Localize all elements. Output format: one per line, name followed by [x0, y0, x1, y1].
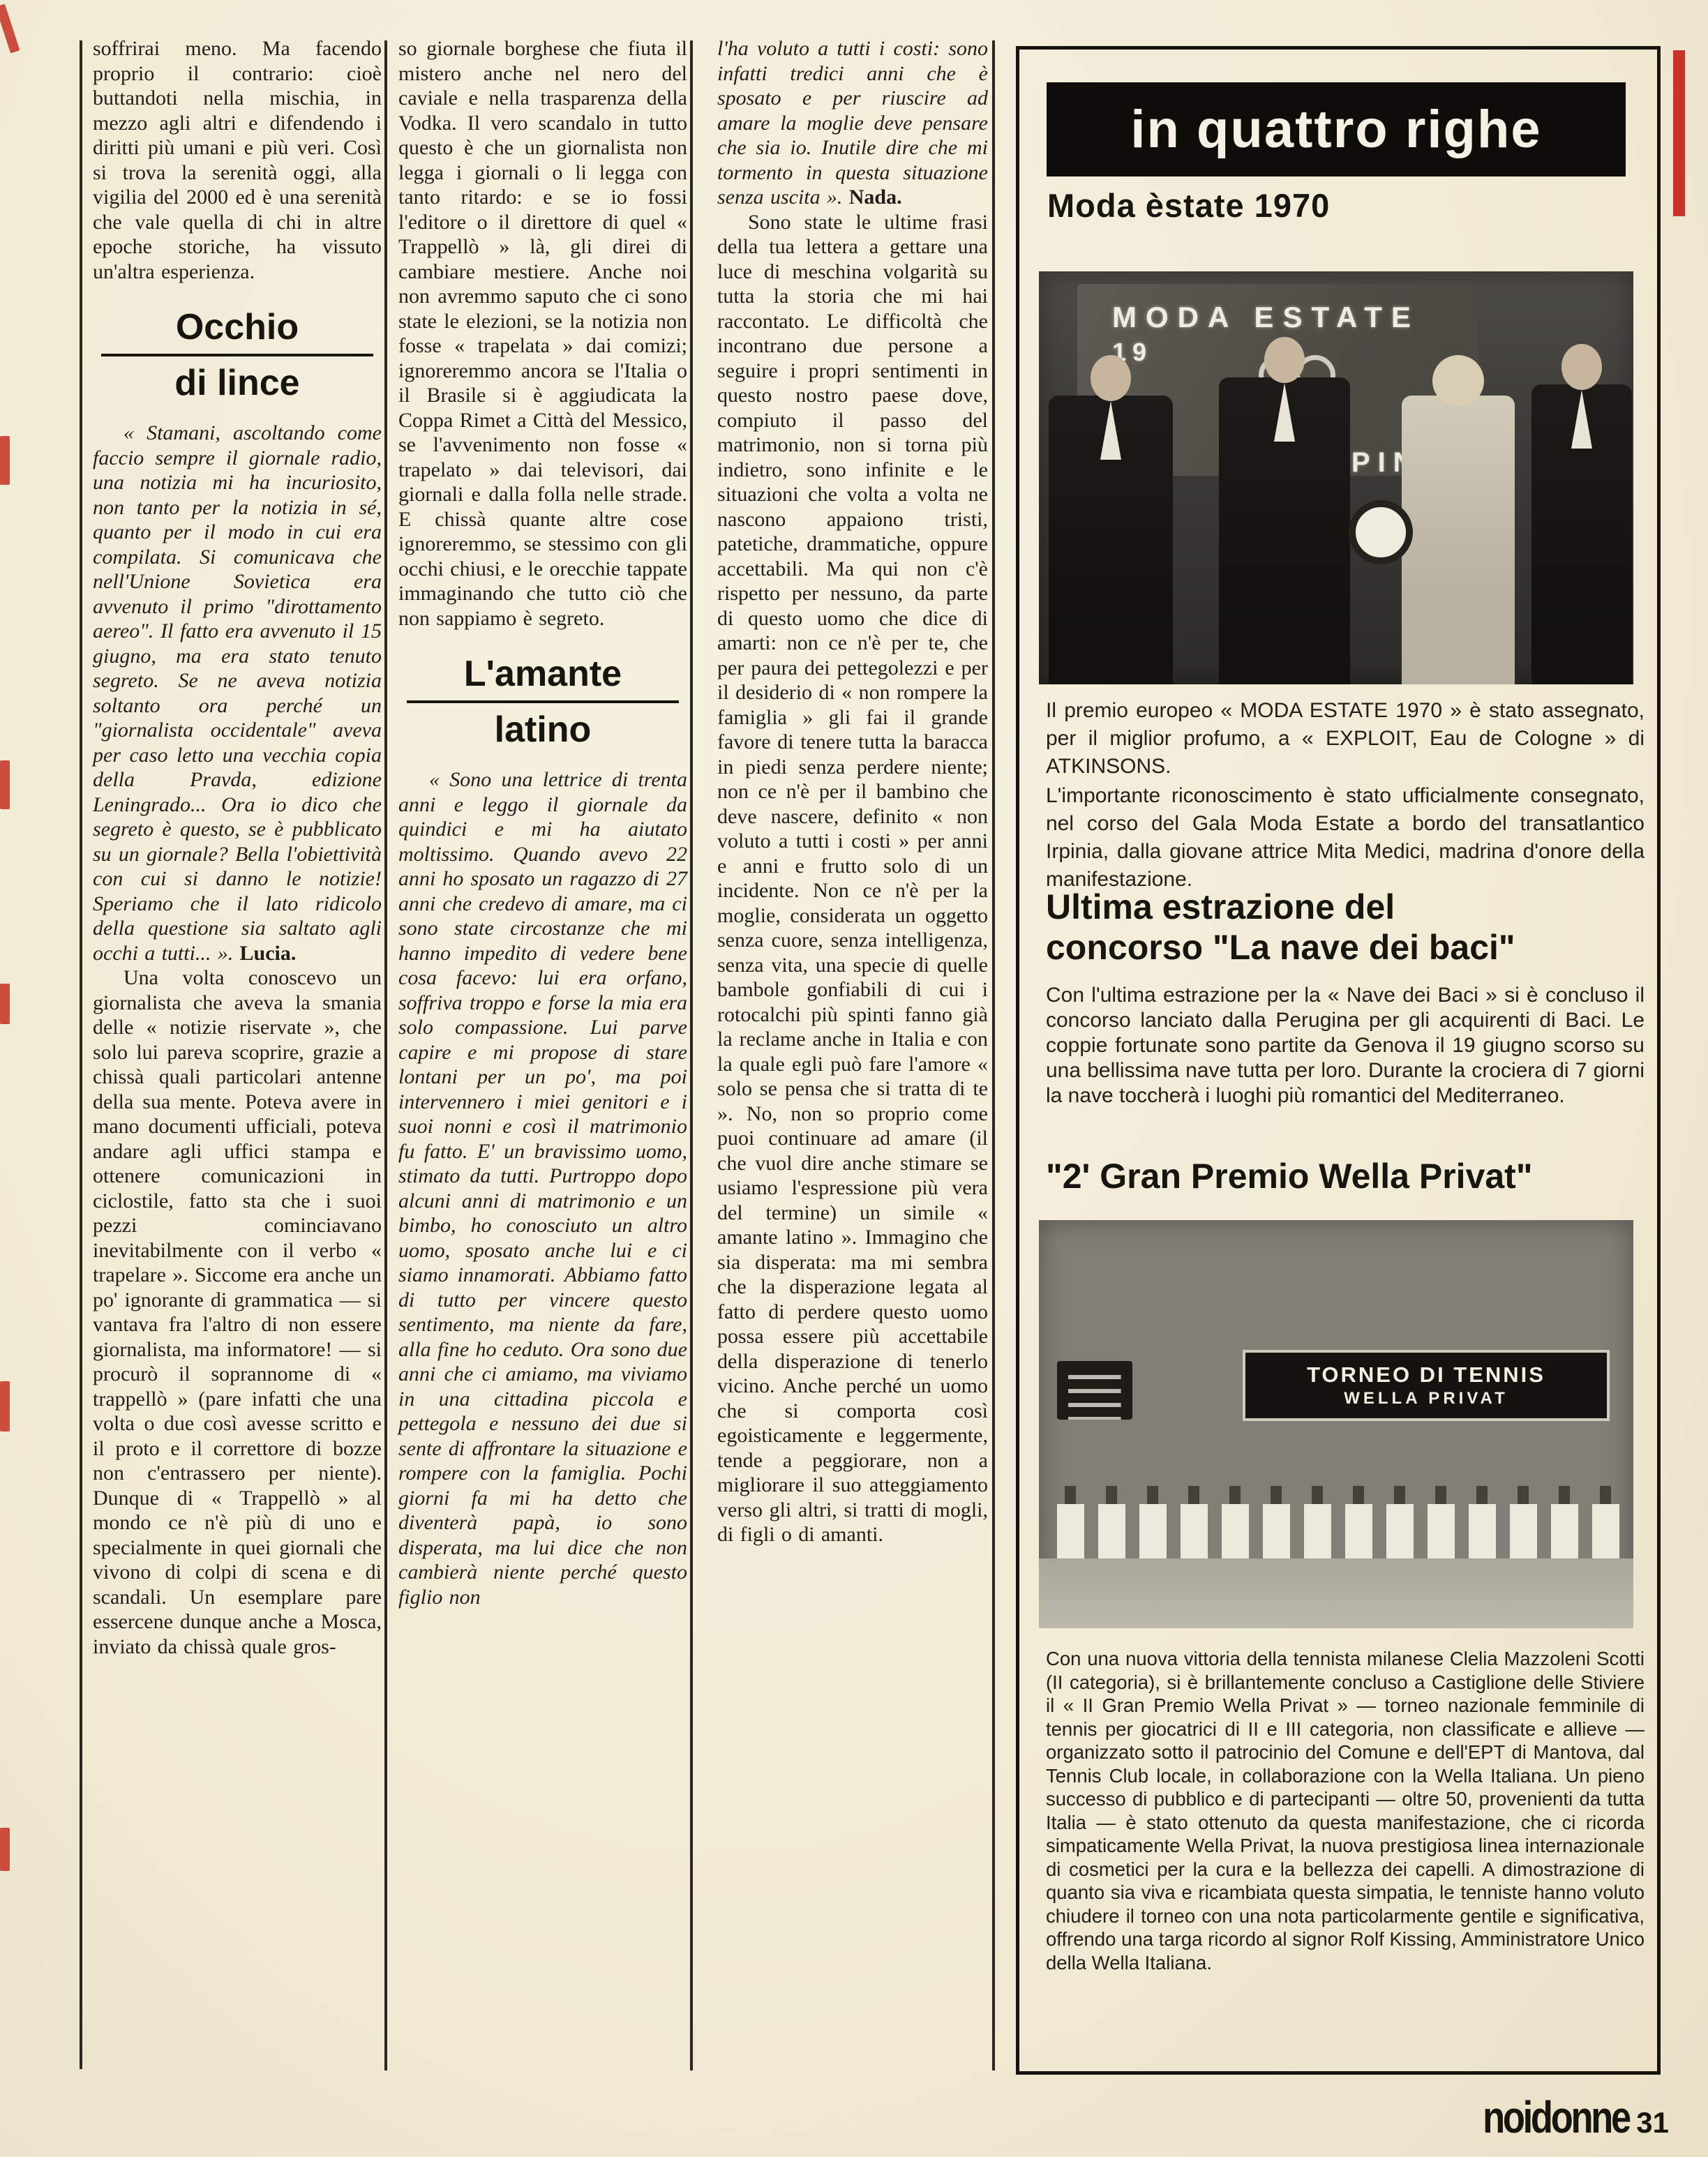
banner-title: in quattro righe: [1130, 100, 1541, 159]
article-column-3: l'ha voluto a tutti i costi: sono infatt…: [717, 36, 988, 1547]
heading-line: di lince: [93, 363, 382, 403]
news-heading-gran-premio-wella: "2' Gran Premio Wella Privat": [1046, 1156, 1533, 1196]
in-quattro-righe-panel: in quattro righe Moda èstate 1970 MODA E…: [1016, 46, 1661, 2075]
column-rule-right: [992, 40, 995, 2070]
news-heading-moda-estate: Moda èstate 1970: [1047, 186, 1330, 225]
photo-caption: Con una nuova vittoria della tennista mi…: [1046, 1647, 1645, 1974]
scan-registration-mark: [0, 436, 10, 485]
award-clock: [1349, 500, 1413, 564]
small-sign: [1057, 1361, 1132, 1420]
heading-line: Ultima estrazione del: [1046, 887, 1395, 926]
letter-text: « Stamani, ascoltando come faccio sempre…: [93, 421, 382, 965]
silhouette-man: [1531, 384, 1632, 684]
scan-registration-mark: [0, 760, 10, 809]
news-body: Con l'ultima estrazione per la « Nave de…: [1046, 983, 1645, 1108]
reader-letter: « Sono una lettrice di trenta anni e leg…: [398, 767, 687, 1609]
reader-letter-continued: l'ha voluto a tutti i costi: sono infatt…: [717, 36, 988, 210]
heading-line: Occhio: [93, 308, 382, 347]
silhouette-man: [1049, 396, 1173, 684]
scan-red-stripe: [1673, 50, 1685, 216]
silhouette-man: [1219, 377, 1350, 684]
heading-rule: [407, 700, 678, 703]
scan-registration-mark: [0, 984, 10, 1024]
magazine-logo: noidonne: [1483, 2091, 1629, 2143]
news-heading-nave-dei-baci: Ultima estrazione delconcorso "La nave d…: [1046, 887, 1515, 968]
letter-text: « Sono una lettrice di trenta anni e leg…: [398, 768, 687, 1609]
reader-letter: « Stamani, ascoltando come faccio sempre…: [93, 421, 382, 965]
heading-line: L'amante: [398, 654, 687, 693]
section-banner: in quattro righe: [1047, 82, 1626, 176]
article-column-1: soffrirai meno. Ma facendo proprio il co…: [93, 36, 382, 1659]
paragraph: Una volta conoscevo un giornalista che a…: [93, 965, 382, 1659]
heading-line: concorso "La nave dei baci": [1046, 928, 1515, 967]
tennis-banner: TORNEO DI TENNISWELLA PRIVAT: [1243, 1350, 1610, 1421]
letter-signature: Lucia.: [240, 942, 297, 965]
scan-registration-mark: [0, 1381, 10, 1431]
photo-moda-estate-gala: MODA ESTATE19 RPINIA: [1039, 271, 1633, 684]
banner-line: TORNEO DI TENNIS: [1307, 1362, 1545, 1388]
photo-caption: Il premio europeo « MODA ESTATE 1970 » è…: [1046, 697, 1645, 781]
banner-line: WELLA PRIVAT: [1344, 1388, 1508, 1409]
paragraph-continued: soffrirai meno. Ma facendo proprio il co…: [93, 36, 382, 284]
page-footer: noidonne 31: [1451, 2091, 1669, 2143]
column-divider-1-2: [384, 40, 387, 2070]
editor-reply: Sono state le ultime frasi della tua let…: [717, 210, 988, 1547]
scan-registration-mark: [0, 4, 20, 54]
heading-line: latino: [398, 710, 687, 749]
heading-occhio-di-lince: Occhio di lince: [93, 308, 382, 403]
scan-registration-mark: [0, 1828, 10, 1871]
silhouette-woman: [1402, 396, 1515, 684]
photo-ground: [1039, 1558, 1633, 1628]
photo-tennis-tournament: TORNEO DI TENNISWELLA PRIVAT: [1039, 1220, 1633, 1628]
column-rule-left: [80, 40, 82, 2069]
heading-amante-latino: L'amante latino: [398, 654, 687, 749]
heading-rule: [101, 354, 373, 356]
paragraph-continued: so giornale borghese che fiuta il mister…: [398, 36, 687, 631]
magazine-page: soffrirai meno. Ma facendo proprio il co…: [0, 0, 1708, 2157]
letter-signature: Nada.: [849, 186, 902, 209]
sign-line: MODA ESTATE: [1112, 301, 1420, 333]
photo-caption: L'importante riconoscimento è stato uffi…: [1046, 782, 1645, 894]
letter-text: l'ha voluto a tutti i costi: sono infatt…: [717, 37, 988, 209]
page-number: 31: [1636, 2106, 1669, 2140]
article-column-2: so giornale borghese che fiuta il mister…: [398, 36, 687, 1609]
column-divider-2-3: [690, 40, 693, 2070]
